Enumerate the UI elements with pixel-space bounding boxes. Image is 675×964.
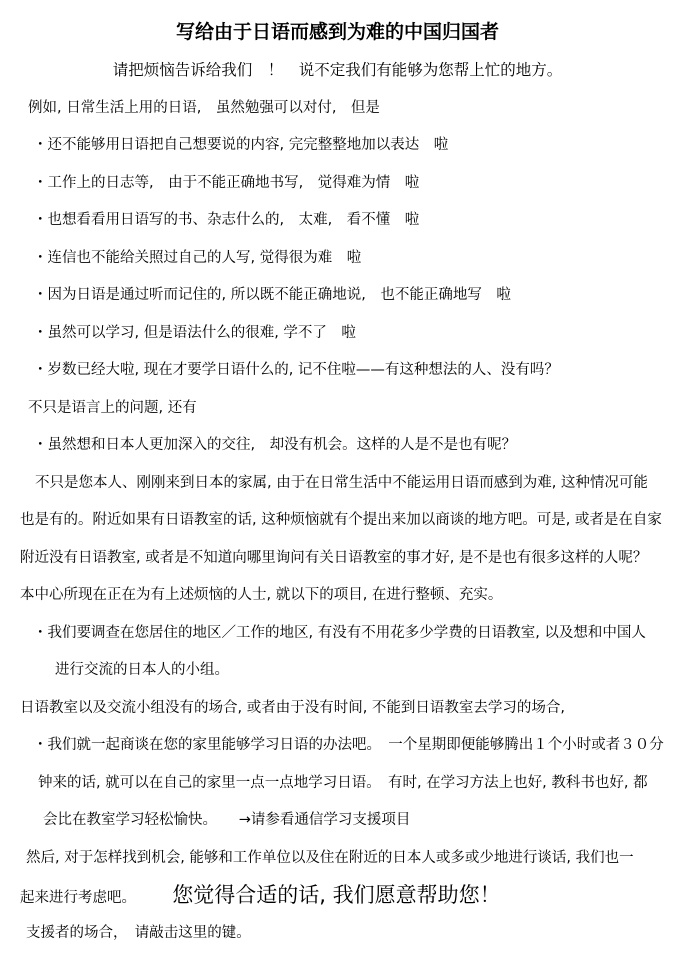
text-line: 也是有的。附近如果有日语教室的话, 这种烦恼就有个提出来加以商谈的地方吧。可是,…	[0, 502, 675, 540]
offer-help-emphasis: 您觉得合适的话, 我们愿意帮助您！	[172, 883, 500, 907]
text-line: 例如, 日常生活上用的日语, 虽然勉强可以对付, 但是	[0, 90, 675, 128]
supporter-click-here-link[interactable]: 支援者的场合， 请敲击这里的键。	[0, 915, 675, 953]
text-span: 起来进行考虑吧。	[20, 890, 172, 906]
text-line: 会比在教室学习轻松愉快。 →请参看通信学习支援项目	[0, 802, 675, 840]
text-span: 会比在教室学习轻松愉快。	[43, 812, 239, 828]
text-line: ・我们就一起商谈在您的家里能够学习日语的办法吧。 一个星期即便能够腾出１个小时或…	[0, 727, 675, 765]
text-line: 进行交流的日本人的小组。	[0, 652, 675, 690]
correspondence-study-support-link[interactable]: →请参看通信学习支援项目	[239, 812, 411, 828]
text-line: 起来进行考虑吧。 您觉得合适的话, 我们愿意帮助您！	[0, 877, 675, 915]
document-page: 写给由于日语而感到为难的中国归国者请把烦恼告诉给我们 ！ 说不定我们有能够为您帮…	[0, 0, 675, 964]
text-line: 钟来的话, 就可以在自己的家里一点一点地学习日语。 有时, 在学习方法上也好, …	[0, 765, 675, 803]
text-line: ・虽然想和日本人更加深入的交往, 却没有机会。这样的人是不是也有呢？	[0, 427, 675, 465]
text-line: ・工作上的日志等, 由于不能正确地书写, 觉得难为情 啦	[0, 165, 675, 203]
page-title: 写给由于日语而感到为难的中国归国者	[0, 12, 675, 52]
text-line: 附近没有日语教室, 或者是不知道向哪里询问有关日语教室的事才好, 是不是也有很多…	[0, 540, 675, 578]
text-line: ・我们要调查在您居住的地区／工作的地区, 有没有不用花多少学费的日语教室, 以及…	[0, 615, 675, 653]
document-body: 写给由于日语而感到为难的中国归国者请把烦恼告诉给我们 ！ 说不定我们有能够为您帮…	[0, 0, 675, 952]
text-line: ・也想看看用日语写的书、杂志什么的, 太难, 看不懂 啦	[0, 202, 675, 240]
text-line: ・因为日语是通过听而记住的, 所以既不能正确地说, 也不能正确地写 啦	[0, 277, 675, 315]
intro-line: 请把烦恼告诉给我们 ！ 说不定我们有能够为您帮上忙的地方。	[0, 52, 675, 90]
text-line: 不只是语言上的问题, 还有	[0, 390, 675, 428]
text-line: 不只是您本人、刚刚来到日本的家属, 由于在日常生活中不能运用日语而感到为难, 这…	[0, 465, 675, 503]
text-line: 然后, 对于怎样找到机会, 能够和工作单位以及住在附近的日本人或多或少地进行谈话…	[0, 840, 675, 878]
text-line: ・连信也不能给关照过自己的人写, 觉得很为难 啦	[0, 240, 675, 278]
text-line: ・岁数已经大啦, 现在才要学日语什么的, 记不住啦——有这种想法的人、没有吗？	[0, 352, 675, 390]
text-line: ・还不能够用日语把自己想要说的内容, 完完整整地加以表达 啦	[0, 127, 675, 165]
text-line: 日语教室以及交流小组没有的场合, 或者由于没有时间, 不能到日语教室去学习的场合…	[0, 690, 675, 728]
text-line: ・虽然可以学习, 但是语法什么的很难, 学不了 啦	[0, 315, 675, 353]
text-line: 本中心所现在正在为有上述烦恼的人士, 就以下的项目, 在进行整顿、充实。	[0, 577, 675, 615]
